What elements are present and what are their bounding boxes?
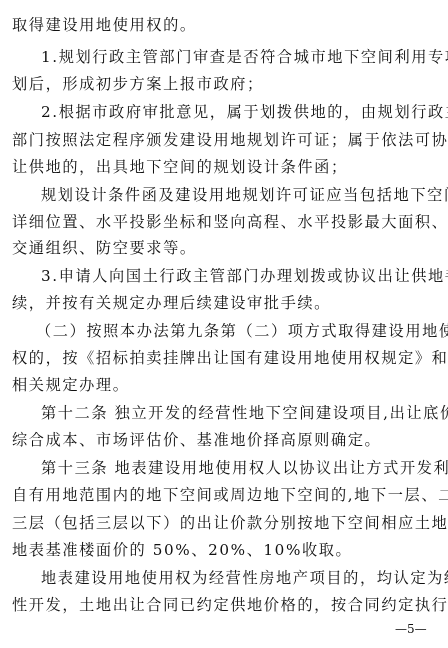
text-line: 部门按照法定程序颁发建设用地规划许可证；属于依法可协议出 [12, 130, 436, 150]
text-line: 规划设计条件函及建设用地规划许可证应当包括地下空间的 [41, 185, 436, 205]
page-number: —5— [395, 622, 427, 636]
text-line: 地表建设用地使用权为经营性房地产项目的，均认定为经营 [41, 568, 436, 588]
text-line: 相关规定办理。 [12, 375, 436, 395]
text-line: 性开发，土地出让合同已约定供地价格的，按合同约定执行。土 [12, 595, 436, 615]
text-line: 第十三条 地表建设用地使用权人以协议出让方式开发利用 [41, 458, 436, 478]
text-line: （二）按照本办法第九条第（二）项方式取得建设用地使用 [36, 321, 431, 341]
text-line: 让供地的，出具地下空间的规划设计条件函； [12, 157, 436, 177]
text-line: 权的，按《招标拍卖挂牌出让国有建设用地使用权规定》和其他 [12, 348, 436, 368]
text-line: 第十二条 独立开发的经营性地下空间建设项目,出让底价按 [41, 403, 436, 423]
text-line: 详细位置、水平投影坐标和竖向高程、水平投影最大面积、用途、 [12, 212, 436, 232]
text-line: 划后，形成初步方案上报市政府； [12, 74, 436, 94]
text-line: 三层（包括三层以下）的出让价款分别按地下空间相应土地用途 [12, 513, 436, 533]
text-line: 1.规划行政主管部门审查是否符合城市地下空间利用专项规 [41, 47, 436, 67]
text-line: 综合成本、市场评估价、基准地价择高原则确定。 [12, 430, 436, 450]
text-line: 自有用地范围内的地下空间或周边地下空间的,地下一层、二层、 [12, 485, 436, 505]
text-line: 3.申请人向国土行政主管部门办理划拨或协议出让供地手 [41, 266, 436, 286]
text-line: 续，并按有关规定办理后续建设审批手续。 [12, 293, 436, 313]
text-line: 取得建设用地使用权的。 [12, 15, 436, 35]
text-line: 交通组织、防空要求等。 [12, 238, 436, 258]
text-line: 2.根据市政府审批意见，属于划拨供地的，由规划行政主管 [41, 102, 436, 122]
text-line: 地表基准楼面价的 50%、20%、10%收取。 [12, 540, 436, 560]
